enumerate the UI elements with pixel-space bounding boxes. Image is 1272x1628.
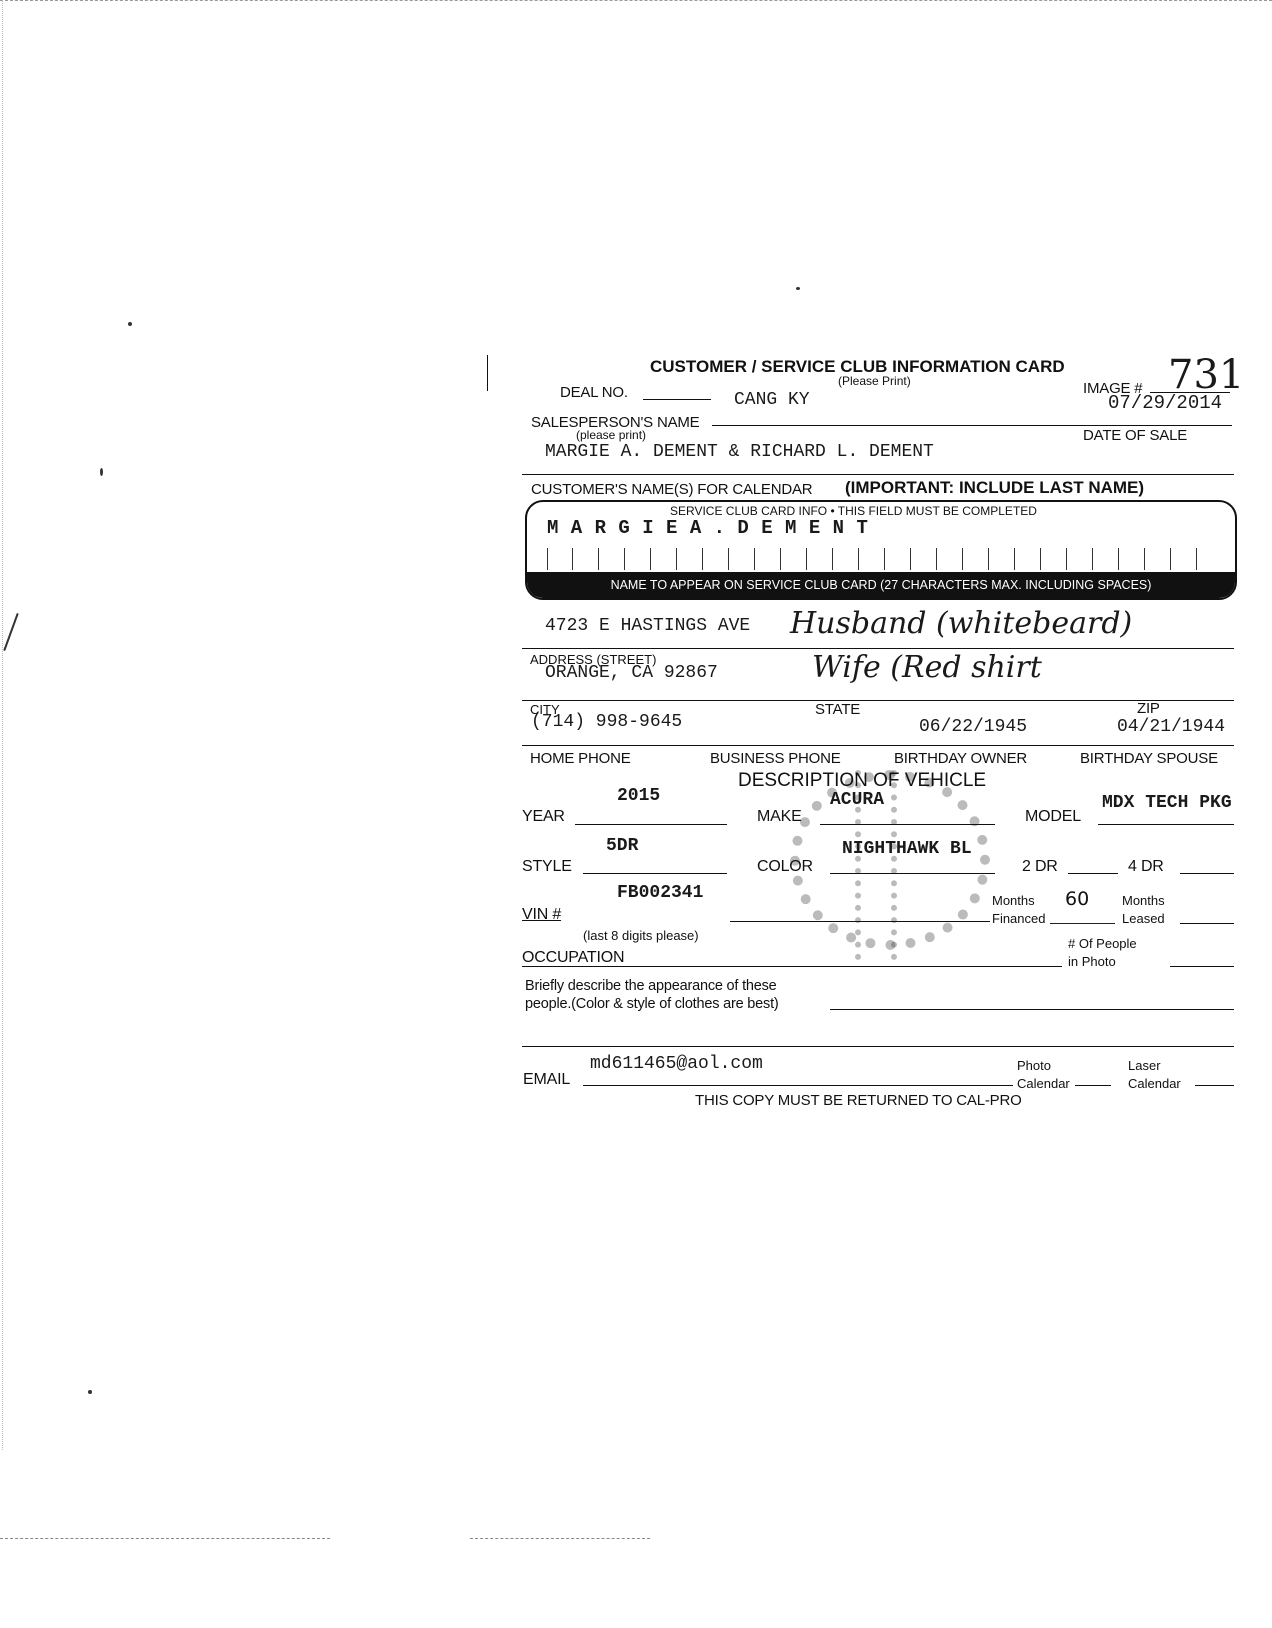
card-footer: THIS COPY MUST BE RETURNED TO CAL-PRO <box>695 1092 1022 1109</box>
vin-line <box>730 921 990 922</box>
four-door-line <box>1180 873 1234 874</box>
city-line <box>522 700 1234 701</box>
occupation-label: OCCUPATION <box>522 949 624 967</box>
deal-no-label: DEAL NO. <box>560 384 628 401</box>
model-value: MDX TECH PKG <box>1102 793 1232 813</box>
scan-edge-bottom <box>0 1538 330 1539</box>
scan-edge-top <box>0 0 1272 1</box>
salesperson-line <box>712 425 1232 426</box>
birthday-spouse-label: BIRTHDAY SPOUSE <box>1080 750 1218 767</box>
two-door-label: 2 DR <box>1022 858 1058 876</box>
home-phone-label: HOME PHONE <box>530 750 631 767</box>
address-line <box>522 648 1234 649</box>
please-print-note: (Please Print) <box>838 374 911 388</box>
model-line <box>1098 824 1234 825</box>
customer-names-line <box>522 474 1234 475</box>
city-line-value: ORANGE, CA 92867 <box>545 663 718 683</box>
handwritten-note-wife: Wife (Red shirt <box>812 650 1042 685</box>
photo-calendar-line <box>1075 1085 1111 1086</box>
service-club-footer: NAME TO APPEAR ON SERVICE CLUB CARD (27 … <box>527 572 1235 598</box>
make-line <box>820 824 995 825</box>
state-label: STATE <box>815 701 860 718</box>
laser-calendar-label-2: Calendar <box>1128 1076 1181 1091</box>
months-leased-label-2: Leased <box>1122 911 1165 926</box>
months-financed-label-2: Financed <box>992 911 1045 926</box>
describe-label-2: people.(Color & style of clothes are bes… <box>525 996 779 1012</box>
service-club-header: SERVICE CLUB CARD INFO • THIS FIELD MUST… <box>670 504 1037 518</box>
months-financed-value: 60 <box>1065 888 1089 910</box>
scan-speck <box>3 613 19 651</box>
card-left-border <box>487 355 488 391</box>
year-value: 2015 <box>617 786 660 806</box>
birthday-owner-label: BIRTHDAY OWNER <box>894 750 1027 767</box>
months-leased-label-1: Months <box>1122 893 1165 908</box>
people-in-photo-line <box>1170 966 1234 967</box>
date-of-sale-label: DATE OF SALE <box>1083 427 1187 444</box>
year-line <box>575 824 727 825</box>
make-value: ACURA <box>830 790 884 810</box>
scan-speck <box>128 322 132 326</box>
email-value: md611465@aol.com <box>590 1054 763 1074</box>
photo-calendar-label-2: Calendar <box>1017 1076 1070 1091</box>
people-in-photo-label-1: # Of People <box>1068 936 1137 951</box>
birthday-owner-value: 06/22/1945 <box>919 717 1027 737</box>
scan-speck <box>100 468 103 476</box>
home-phone-value: (714) 998-9645 <box>531 712 682 732</box>
vin-label: VIN # <box>522 906 561 924</box>
salesperson-value: CANG KY <box>734 390 810 410</box>
date-of-sale-value: 07/29/2014 <box>1108 392 1222 414</box>
months-financed-label-1: Months <box>992 893 1035 908</box>
months-leased-line <box>1180 923 1234 924</box>
birthday-spouse-value: 04/21/1944 <box>1117 717 1225 737</box>
important-note: (IMPORTANT: INCLUDE LAST NAME) <box>845 478 1144 498</box>
customer-names-value: MARGIE A. DEMENT & RICHARD L. DEMENT <box>545 442 934 462</box>
photo-calendar-label-1: Photo <box>1017 1058 1051 1073</box>
color-line <box>830 873 995 874</box>
style-line <box>583 873 727 874</box>
make-label: MAKE <box>757 808 802 826</box>
scan-speck <box>88 1390 92 1394</box>
service-club-name-box: SERVICE CLUB CARD INFO • THIS FIELD MUST… <box>525 500 1237 600</box>
email-line <box>583 1085 1013 1086</box>
phone-line <box>522 745 1234 746</box>
describe-label-1: Briefly describe the appearance of these <box>525 978 777 994</box>
salesperson-sublabel: (please print) <box>576 428 646 442</box>
describe-line-1 <box>830 1009 1234 1010</box>
handwritten-note-husband: Husband (whitebeard) <box>790 606 1132 641</box>
zip-label: ZIP <box>1137 700 1160 717</box>
deal-no-line <box>643 399 711 400</box>
color-label: COLOR <box>757 858 813 876</box>
vin-value: FB002341 <box>617 883 703 903</box>
style-label: STYLE <box>522 858 572 876</box>
customer-names-label: CUSTOMER'S NAME(S) FOR CALENDAR <box>531 481 812 498</box>
people-in-photo-label-2: in Photo <box>1068 954 1116 969</box>
laser-calendar-line <box>1195 1085 1234 1086</box>
describe-line-2 <box>522 1046 1234 1047</box>
months-financed-line <box>1050 923 1115 924</box>
laser-calendar-label-1: Laser <box>1128 1058 1161 1073</box>
address-street-value: 4723 E HASTINGS AVE <box>545 616 750 636</box>
color-value: NIGHTHAWK BL <box>842 839 972 859</box>
occupation-line <box>522 966 1062 967</box>
vehicle-section-title: DESCRIPTION OF VEHICLE <box>738 770 986 792</box>
business-phone-label: BUSINESS PHONE <box>710 750 841 767</box>
model-label: MODEL <box>1025 808 1081 826</box>
scan-edge-bottom <box>470 1538 650 1539</box>
service-club-name-value: M A R G I E A . D E M E N T <box>547 517 868 539</box>
email-label: EMAIL <box>523 1071 570 1089</box>
four-door-label: 4 DR <box>1128 858 1164 876</box>
two-door-line <box>1068 873 1118 874</box>
style-value: 5DR <box>606 836 638 856</box>
scan-edge-left <box>2 0 3 1450</box>
vin-hint: (last 8 digits please) <box>583 928 699 943</box>
scan-speck <box>796 287 800 290</box>
year-label: YEAR <box>522 808 565 826</box>
